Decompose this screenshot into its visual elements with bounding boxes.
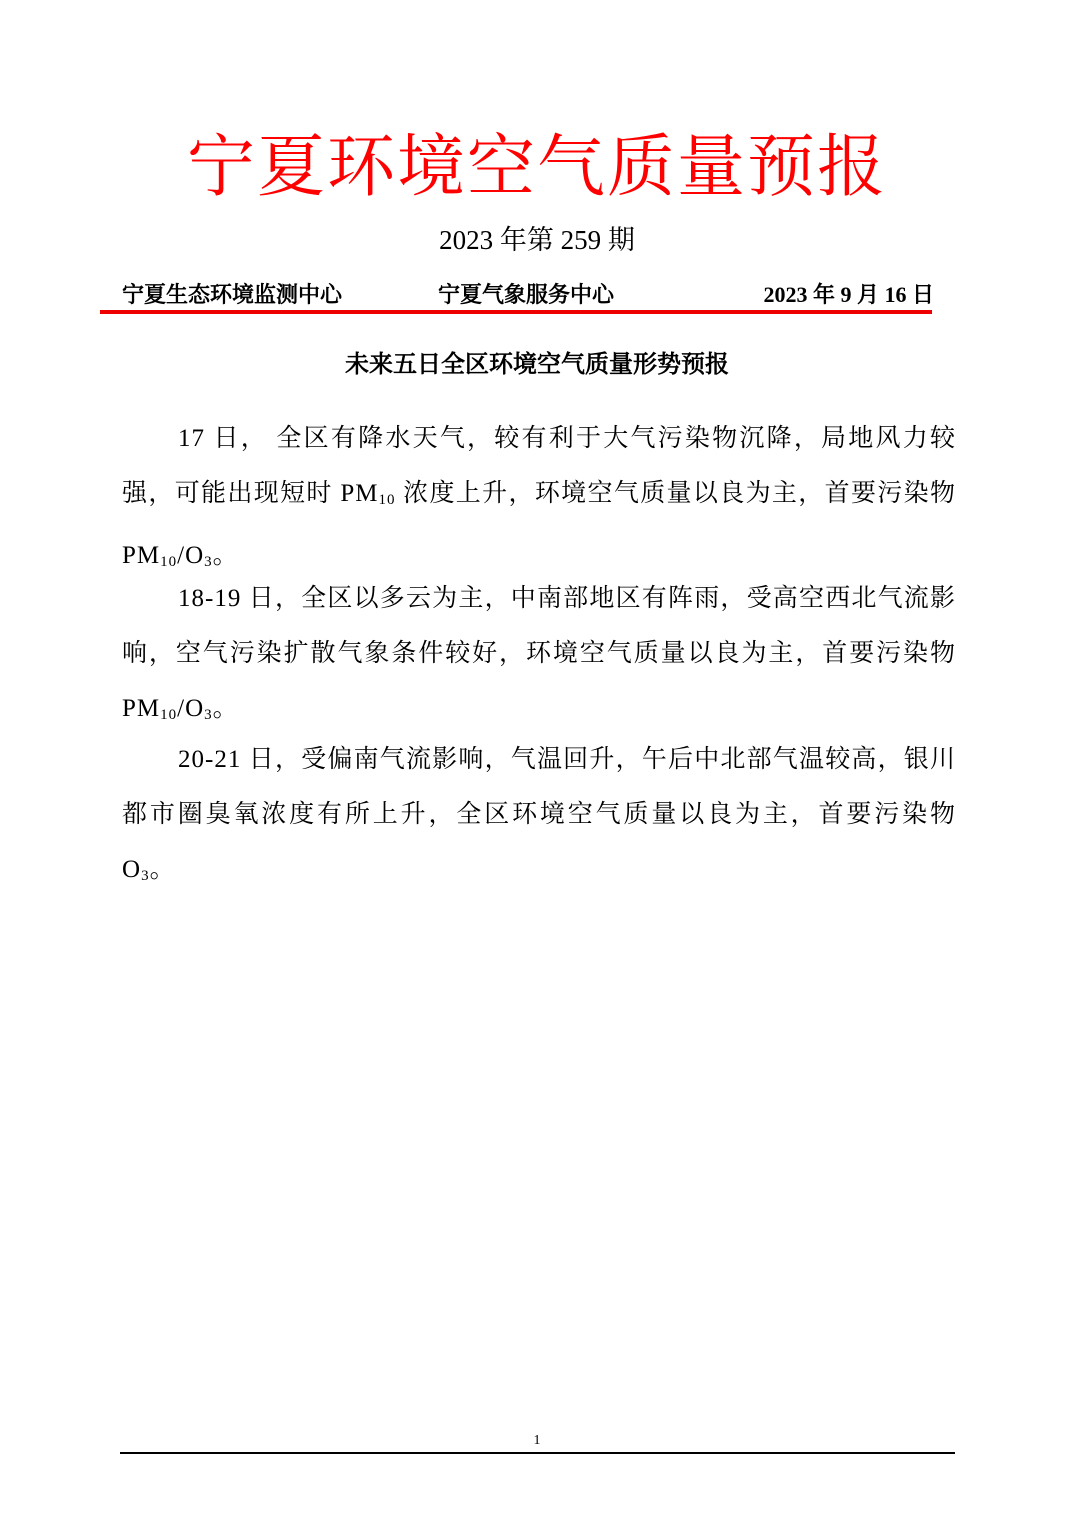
forecast-paragraph-20-21: 20-21 日，受偏南气流影响，气温回升，午后中北部气温较高，银川都市圈臭氧浓度…	[122, 732, 956, 904]
forecast-paragraph-17: 17 日， 全区有降水天气，较有利于大气污染物沉降，局地风力较强，可能出现短时 …	[122, 411, 956, 590]
issuer-monitoring-center: 宁夏生态环境监测中心	[122, 280, 342, 310]
issuer-row: 宁夏生态环境监测中心 宁夏气象服务中心 2023 年 9 月 16 日	[122, 280, 934, 312]
document-title: 宁夏环境空气质量预报	[0, 128, 1074, 208]
issue-date: 2023 年 9 月 16 日	[763, 280, 934, 310]
page-number: 1	[0, 1433, 1074, 1449]
section-title: 未来五日全区环境空气质量形势预报	[0, 348, 1074, 380]
issue-number: 2023 年第 259 期	[0, 222, 1074, 258]
footer-divider	[120, 1452, 955, 1454]
header-divider	[100, 310, 932, 314]
forecast-paragraph-18-19: 18-19 日，全区以多云为主，中南部地区有阵雨，受高空西北气流影响，空气污染扩…	[122, 571, 956, 743]
issuer-weather-center: 宁夏气象服务中心	[438, 280, 614, 310]
